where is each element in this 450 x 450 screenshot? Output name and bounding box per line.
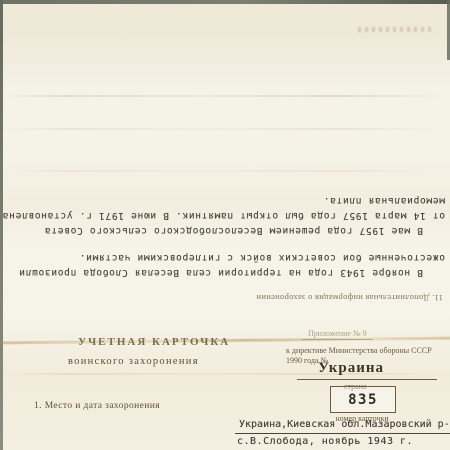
card-title: УЧЕТНАЯ КАРТОЧКА xyxy=(78,336,230,348)
typed-line: В мае 1957 года решением Веселослободско… xyxy=(15,223,445,238)
card-number-box: 835 xyxy=(330,386,396,413)
typed-line: мемориальная плита. xyxy=(15,193,445,208)
country-value: Украина xyxy=(318,360,384,377)
scanned-military-burial-card: { "document": { "kind": "Учетная карточк… xyxy=(0,0,450,450)
typed-underline xyxy=(235,433,450,434)
section-11-heading: 11. Дополнительная информация о захороне… xyxy=(15,293,443,303)
annex-note: Приложение № 9 xyxy=(302,329,373,340)
typed-line: ожесточенные бои советских войск с гитле… xyxy=(15,250,445,265)
typed-line: от 14 марта 1957 года был открыт памятни… xyxy=(15,208,445,223)
pencil-smudge xyxy=(358,27,432,33)
country-underline xyxy=(297,379,437,380)
line-gap xyxy=(15,238,445,250)
directive-line: к директиве Министерства обороны СССР xyxy=(286,346,432,355)
scan-edge-left xyxy=(0,0,3,450)
field-place-date-value-line1: Украина,Киевская обл.Мазаровский р-н xyxy=(239,419,450,430)
paper-crease xyxy=(0,128,450,130)
field-place-date-value-line2: с.В.Слобода, ноябрь 1943 г. xyxy=(237,436,413,447)
card-subtitle: воинского захоронения xyxy=(68,356,199,367)
card-number: 835 xyxy=(348,392,378,408)
flipped-section-11: 11. Дополнительная информация о захороне… xyxy=(15,183,445,305)
typed-line: В ноябре 1943 года на территории села Ве… xyxy=(15,265,445,280)
scan-edge-top xyxy=(0,0,450,4)
paper-crease xyxy=(0,170,450,172)
paper-crease xyxy=(0,95,450,97)
field-place-date-label: 1. Место и дата захоронения xyxy=(34,401,160,411)
